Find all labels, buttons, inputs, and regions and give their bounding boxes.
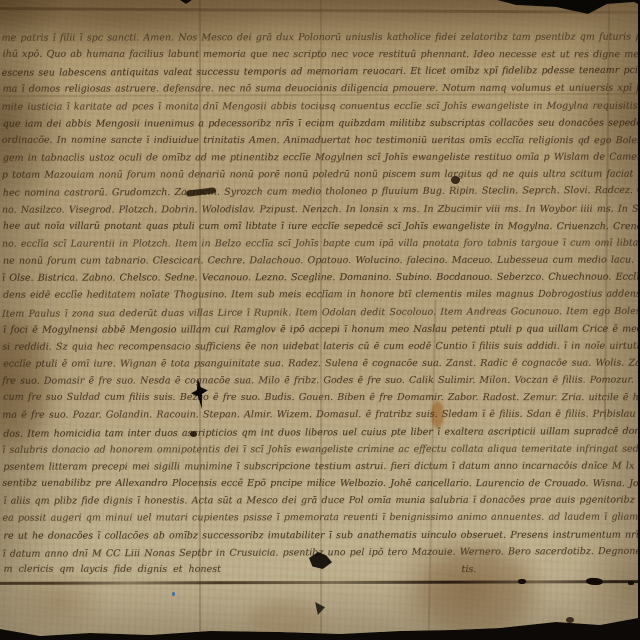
manuscript-line: gem in tabnaclis ustoz oculi de omībz ad… <box>2 148 640 166</box>
manuscript-line: ecclīe ptuli ē omī iure. Wignan ē tota p… <box>2 354 640 372</box>
manuscript-line: ihū xpō. Quo ab humana facilius labunt m… <box>2 46 640 64</box>
manuscript-line: no. Nasilzco. Visegrod. Plotzch. Dobrin.… <box>2 200 640 218</box>
parchment: me patris ī filii ī spc sancti. Amen. No… <box>0 0 640 640</box>
manuscript-line: ī Olse. Bistrica. Zabno. Chelsco. Sedne.… <box>2 269 640 287</box>
manuscript-line: ea possit augeri qm minui uel mutari cup… <box>2 509 640 527</box>
manuscript-line: dos. Item homicidia tam inter duos ascri… <box>2 422 640 443</box>
manuscript-line: dens eidē ecclīe heditatem noīate Thogus… <box>2 286 640 304</box>
fold-crease-top <box>0 7 640 14</box>
manuscript-line: ne nonū forum cum tabnario. Clescicari. … <box>2 251 640 269</box>
manuscript-line: ī aliis qm plibz fide dignis ī honestis.… <box>2 492 640 510</box>
manuscript-photo: me patris ī filii ī spc sancti. Amen. No… <box>0 0 640 640</box>
blue-fiber-speck <box>172 592 175 596</box>
manuscript-line: ī datum anno dnī M CC Liii Nonas Septbr … <box>2 542 640 563</box>
manuscript-line: hec nomina castrorū. Grudomzch. Zacrocin… <box>2 182 640 203</box>
manuscript-line: Item Paulus ī zona sua dederūt duas vill… <box>2 302 640 323</box>
manuscript-line: escens seu labescens antiquitas valeat s… <box>2 62 640 83</box>
parchment-hole-fold-b <box>314 602 325 615</box>
manuscript-line: hee aut noīa villarū pnotant quas ptuli … <box>2 217 640 235</box>
manuscript-line: no. ecclīa scī Laurentii in Plotzch. Ite… <box>2 234 640 252</box>
water-stain-bottom-left <box>250 600 320 640</box>
manuscript-line: me patris ī filii ī spc sancti. Amen. No… <box>2 28 640 46</box>
manuscript-line: mite iusticia ī karitate ad pces ī monit… <box>2 97 640 115</box>
manuscript-text: me patris ī filii ī spc sancti. Amen. No… <box>2 28 640 589</box>
manuscript-line: m clericis qm laycis fide dignis et hone… <box>2 561 640 579</box>
manuscript-line: ī foci ē Mogylnensi abbē Mengosio uillam… <box>2 320 640 338</box>
manuscript-line: ma ī domos religiosas astruere. defensar… <box>2 80 640 98</box>
dark-speck-4 <box>566 617 574 623</box>
manuscript-line: sentibz uenabilibz pre Allexandro Plocen… <box>2 475 640 493</box>
manuscript-line: psentem litteram precepi mei sigilli mun… <box>2 457 640 475</box>
manuscript-line: si reddidi. Sz quia hec recompensacio su… <box>2 337 640 355</box>
manuscript-line: ī salubris donacio ad honorem omnipotent… <box>2 440 640 458</box>
manuscript-line: que iam dei abbis Mengosii inuenimus a p… <box>2 114 640 132</box>
manuscript-line: re ut he donacōes ī collacōes ab omībz s… <box>2 526 640 544</box>
manuscript-line: cum fre suo Suldad cum filiis suis. Beza… <box>2 389 640 407</box>
manuscript-line: ma ē fre suo. Pozar. Golandin. Racouin. … <box>2 406 640 424</box>
manuscript-line: ordinacōe. In nomine sancte ī indiuidue … <box>2 132 640 150</box>
manuscript-line: fre suo. Domasir ē fre suo. Nesda ē cogn… <box>2 371 640 389</box>
